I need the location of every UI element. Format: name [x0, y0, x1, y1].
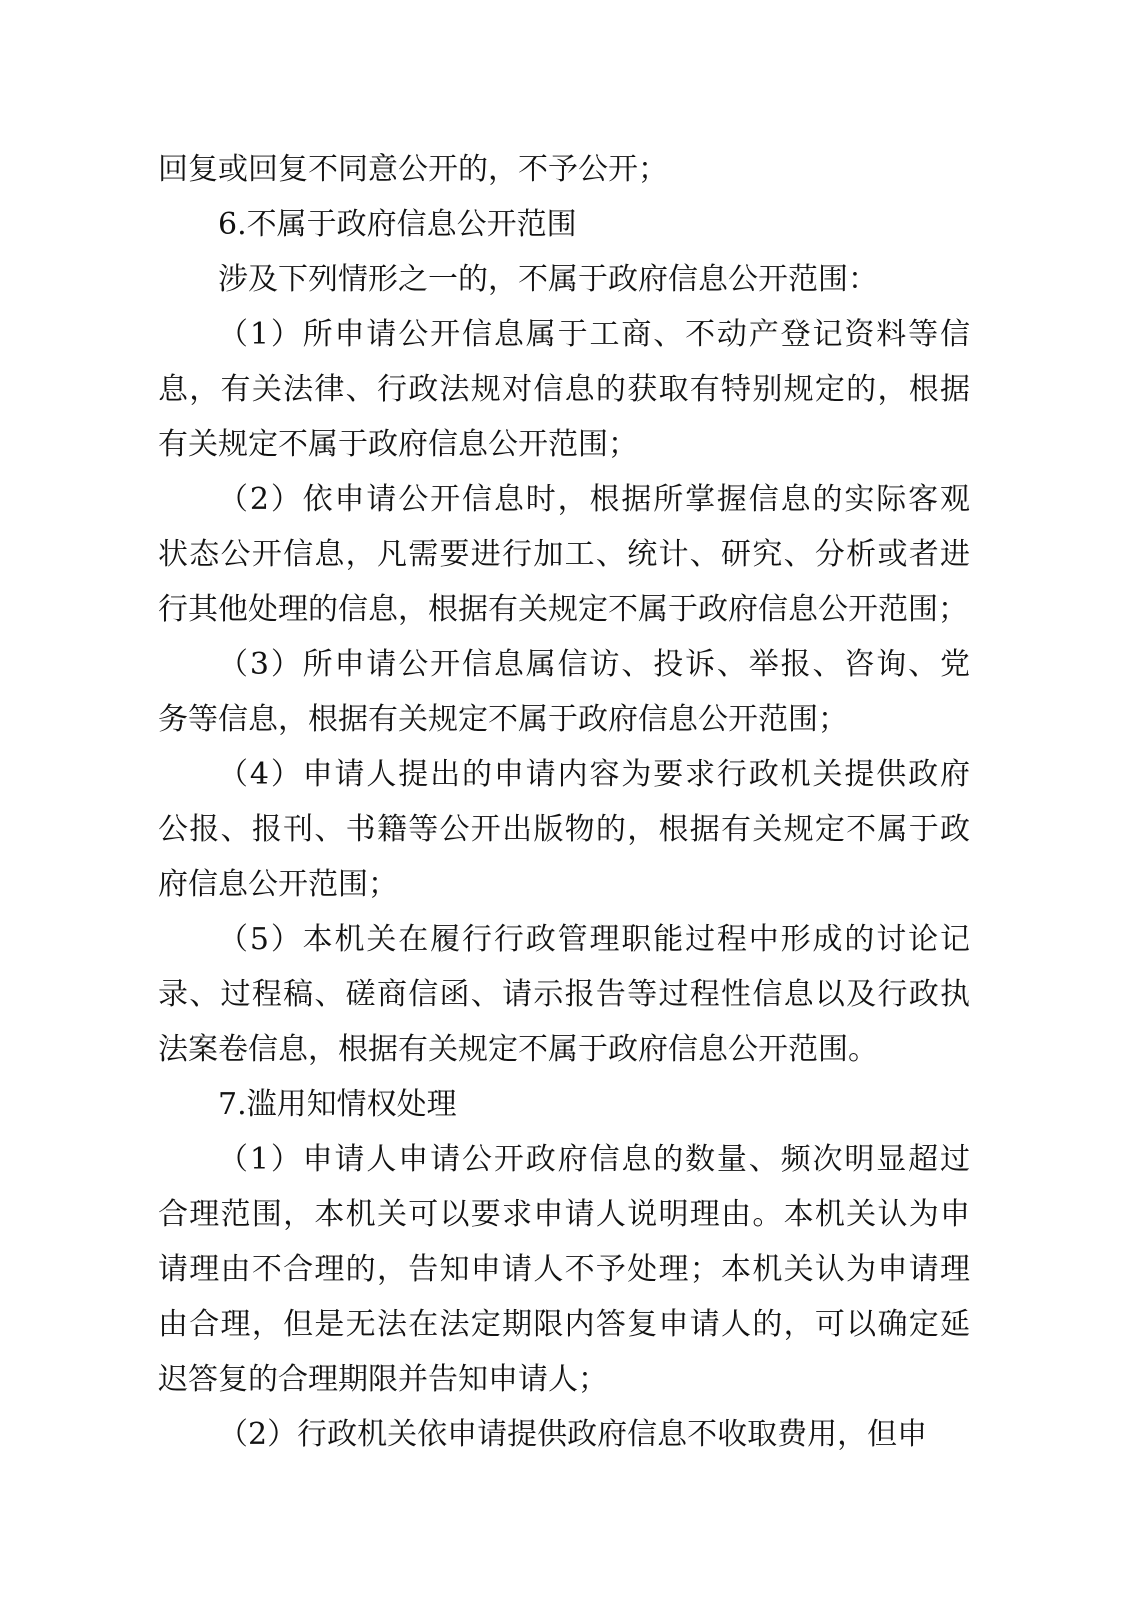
text-line: 合理范围，本机关可以要求申请人说明理由。本机关认为申: [158, 1187, 970, 1242]
text-line: （5）本机关在履行行政管理职能过程中形成的讨论记: [158, 912, 970, 967]
text-line: 状态公开信息，凡需要进行加工、统计、研究、分析或者进: [158, 527, 970, 582]
text-line: 由合理，但是无法在法定期限内答复申请人的，可以确定延: [158, 1297, 970, 1352]
text-line: 公报、报刊、书籍等公开出版物的，根据有关规定不属于政: [158, 802, 970, 857]
text-line: 7.滥用知情权处理: [158, 1077, 970, 1132]
paragraph: （1）所申请公开信息属于工商、不动产登记资料等信息，有关法律、行政法规对信息的获…: [158, 307, 970, 472]
document-page: 回复或回复不同意公开的，不予公开；6.不属于政府信息公开范围涉及下列情形之一的，…: [0, 0, 1131, 1600]
text-line: 迟答复的合理期限并告知申请人；: [158, 1352, 970, 1407]
paragraph: 回复或回复不同意公开的，不予公开；: [158, 142, 970, 197]
text-line: 法案卷信息，根据有关规定不属于政府信息公开范围。: [158, 1022, 970, 1077]
paragraph: 6.不属于政府信息公开范围: [158, 197, 970, 252]
text-line: 府信息公开范围；: [158, 857, 970, 912]
paragraph: 涉及下列情形之一的，不属于政府信息公开范围：: [158, 252, 970, 307]
text-line: （2）依申请公开信息时，根据所掌握信息的实际客观: [158, 472, 970, 527]
paragraph: （2）行政机关依申请提供政府信息不收取费用，但申: [158, 1407, 970, 1462]
paragraph: （3）所申请公开信息属信访、投诉、举报、咨询、党务等信息，根据有关规定不属于政府…: [158, 637, 970, 747]
text-line: （2）行政机关依申请提供政府信息不收取费用，但申: [158, 1407, 970, 1462]
text-line: 行其他处理的信息，根据有关规定不属于政府信息公开范围；: [158, 582, 970, 637]
paragraph: （2）依申请公开信息时，根据所掌握信息的实际客观状态公开信息，凡需要进行加工、统…: [158, 472, 970, 637]
text-line: 回复或回复不同意公开的，不予公开；: [158, 142, 970, 197]
paragraph: （5）本机关在履行行政管理职能过程中形成的讨论记录、过程稿、磋商信函、请示报告等…: [158, 912, 970, 1077]
text-line: 录、过程稿、磋商信函、请示报告等过程性信息以及行政执: [158, 967, 970, 1022]
text-line: 涉及下列情形之一的，不属于政府信息公开范围：: [158, 252, 970, 307]
text-line: （3）所申请公开信息属信访、投诉、举报、咨询、党: [158, 637, 970, 692]
text-line: （1）所申请公开信息属于工商、不动产登记资料等信: [158, 307, 970, 362]
text-line: 务等信息，根据有关规定不属于政府信息公开范围；: [158, 692, 970, 747]
text-line: 息，有关法律、行政法规对信息的获取有特别规定的，根据: [158, 362, 970, 417]
text-line: 请理由不合理的，告知申请人不予处理；本机关认为申请理: [158, 1242, 970, 1297]
document-body: 回复或回复不同意公开的，不予公开；6.不属于政府信息公开范围涉及下列情形之一的，…: [158, 142, 970, 1462]
text-line: 6.不属于政府信息公开范围: [158, 197, 970, 252]
text-line: （4）申请人提出的申请内容为要求行政机关提供政府: [158, 747, 970, 802]
paragraph: 7.滥用知情权处理: [158, 1077, 970, 1132]
paragraph: （1）申请人申请公开政府信息的数量、频次明显超过合理范围，本机关可以要求申请人说…: [158, 1132, 970, 1407]
text-line: 有关规定不属于政府信息公开范围；: [158, 417, 970, 472]
paragraph: （4）申请人提出的申请内容为要求行政机关提供政府公报、报刊、书籍等公开出版物的，…: [158, 747, 970, 912]
text-line: （1）申请人申请公开政府信息的数量、频次明显超过: [158, 1132, 970, 1187]
